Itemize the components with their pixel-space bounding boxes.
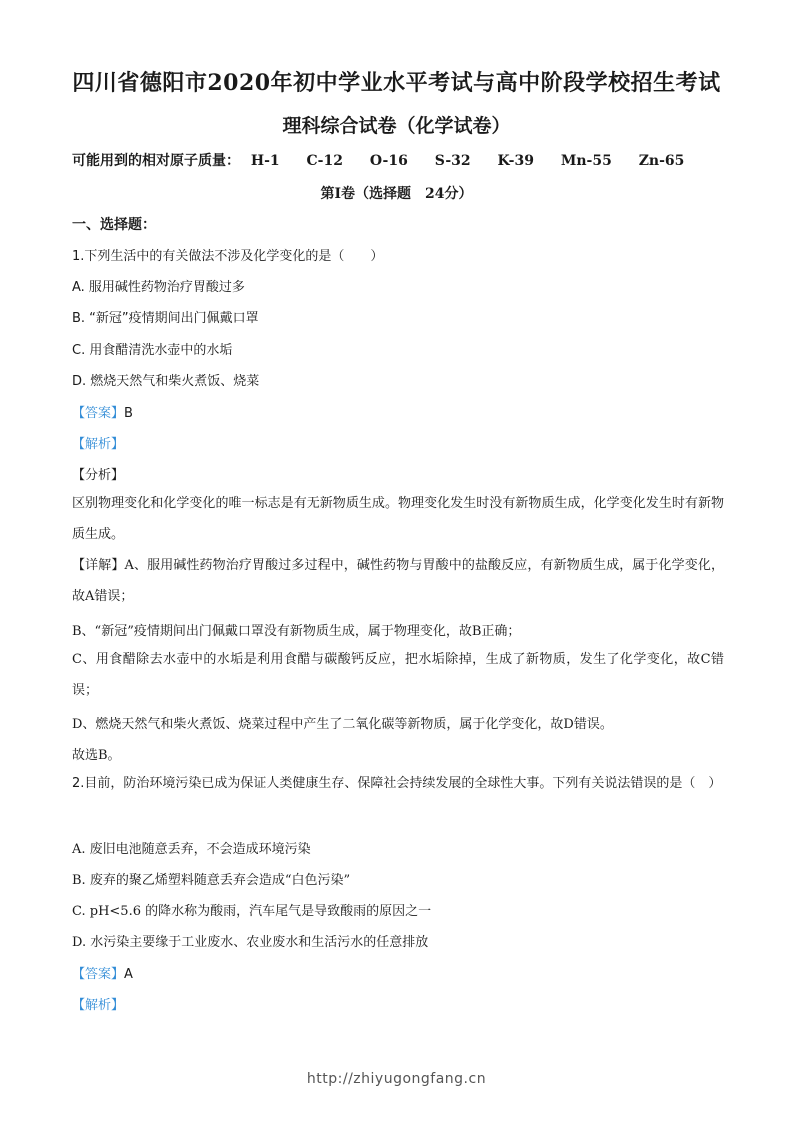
question-1-fenxi-text: 区别物理变化和化学变化的唯一标志是有无新物质生成。物理变化发生时没有新物质生成，… bbox=[72, 488, 724, 550]
question-1-option-a: A. 服用碱性药物治疗胃酸过多 bbox=[72, 276, 245, 295]
footer-url[interactable]: http://zhiyugongfang.cn bbox=[0, 1071, 793, 1087]
question-2-option-b: B. 废弃的聚乙烯塑料随意丢弃会造成“白色污染” bbox=[72, 869, 350, 888]
question-1-option-c: C. 用食醋清洗水壶中的水垢 bbox=[72, 339, 232, 358]
question-1-detail-b: B、“新冠”疫情期间出门佩戴口罩没有新物质生成，属于物理变化，故B正确； bbox=[72, 620, 520, 639]
exam-page: 四川省德阳市2020年初中学业水平考试与高中阶段学校招生考试 理科综合试卷（化学… bbox=[0, 0, 793, 1122]
detail-label: 【详解】 bbox=[72, 558, 124, 573]
section-heading: 一、选择题： bbox=[72, 214, 156, 234]
detail-a-text: A、服用碱性药物治疗胃酸过多过程中，碱性药物与胃酸中的盐酸反应，有新物质生成，属… bbox=[72, 558, 724, 604]
question-1-option-d: D. 燃烧天然气和柴火煮饭、烧菜 bbox=[72, 370, 259, 389]
question-2-option-a: A. 废旧电池随意丢弃，不会造成环境污染 bbox=[72, 838, 311, 857]
atomic-mass-item: O-16 bbox=[370, 153, 408, 169]
part-title: 第Ⅰ卷（选择题 24分） bbox=[0, 183, 793, 203]
atomic-mass-item: K-39 bbox=[498, 153, 534, 169]
exam-title: 四川省德阳市2020年初中学业水平考试与高中阶段学校招生考试 bbox=[0, 66, 793, 97]
question-2-answer: 【答案】A bbox=[72, 963, 133, 982]
answer-value: A bbox=[124, 967, 133, 982]
question-1-conclusion: 故选B。 bbox=[72, 744, 121, 763]
atomic-mass-item: C-12 bbox=[307, 153, 343, 169]
question-2-analysis-label: 【解析】 bbox=[72, 994, 124, 1013]
answer-label: 【答案】 bbox=[72, 406, 124, 421]
answer-label: 【答案】 bbox=[72, 967, 124, 982]
question-1-detail-a: 【详解】A、服用碱性药物治疗胃酸过多过程中，碱性药物与胃酸中的盐酸反应，有新物质… bbox=[72, 550, 724, 612]
question-1-detail-c: C、用食醋除去水壶中的水垢是利用食醋与碳酸钙反应，把水垢除掉，生成了新物质，发生… bbox=[72, 644, 724, 706]
atomic-mass-label: 可能用到的相对原子质量： bbox=[72, 153, 240, 169]
question-1-detail-d: D、燃烧天然气和柴火煮饭、烧菜过程中产生了二氧化碳等新物质，属于化学变化，故D错… bbox=[72, 713, 613, 732]
question-2-stem: 2.目前，防治环境污染已成为保证人类健康生存、保障社会持续发展的全球性大事。下列… bbox=[72, 768, 724, 799]
answer-value: B bbox=[124, 406, 133, 421]
atomic-mass-item: S-32 bbox=[435, 153, 471, 169]
question-1-fenxi-label: 【分析】 bbox=[72, 464, 124, 483]
question-2-option-d: D. 水污染主要缘于工业废水、农业废水和生活污水的任意排放 bbox=[72, 931, 428, 950]
atomic-mass-item: H-1 bbox=[251, 153, 280, 169]
atomic-masses: 可能用到的相对原子质量： H-1 C-12 O-16 S-32 K-39 Mn-… bbox=[72, 150, 706, 170]
question-1-option-b: B. “新冠”疫情期间出门佩戴口罩 bbox=[72, 307, 259, 326]
question-1-stem: 1.下列生活中的有关做法不涉及化学变化的是（ ） bbox=[72, 245, 383, 264]
question-1-answer: 【答案】B bbox=[72, 402, 133, 421]
question-2-option-c: C. pH<5.6 的降水称为酸雨，汽车尾气是导致酸雨的原因之一 bbox=[72, 900, 431, 919]
atomic-mass-item: Mn-55 bbox=[561, 153, 612, 169]
atomic-mass-item: Zn-65 bbox=[639, 153, 685, 169]
exam-subtitle: 理科综合试卷（化学试卷） bbox=[0, 111, 793, 138]
question-1-analysis-label: 【解析】 bbox=[72, 433, 124, 452]
